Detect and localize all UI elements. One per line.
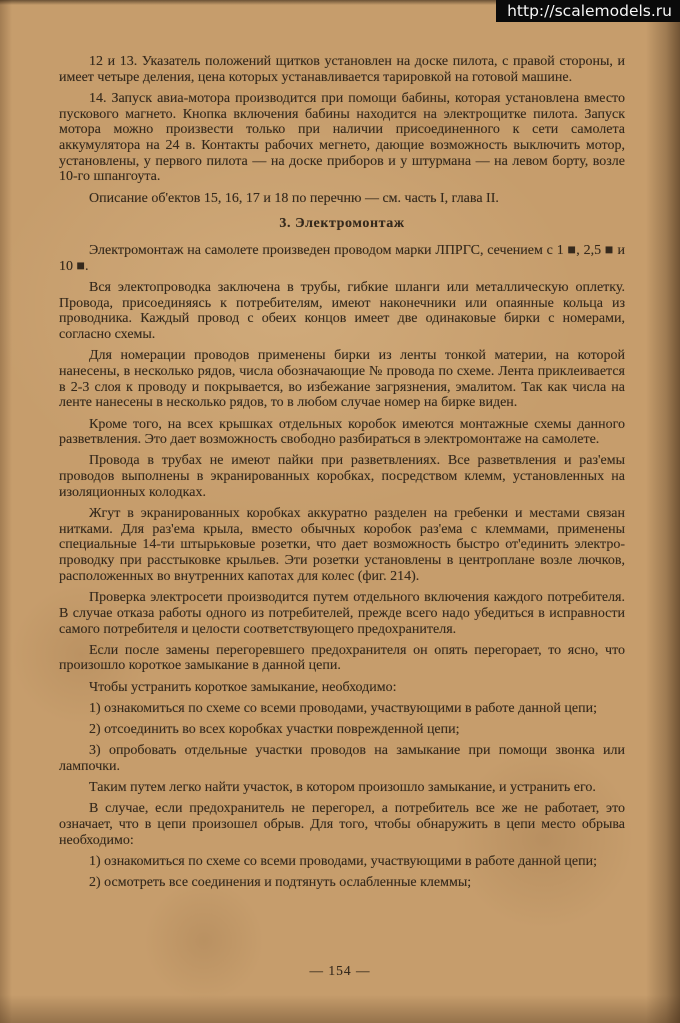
paragraph-12-13: 12 и 13. Указатель положений щитков уста… — [59, 54, 625, 85]
list-item-1: 1) ознакомиться по схеме со всеми провод… — [59, 701, 625, 717]
list-item-1b: 1) ознакомиться по схеме со всеми провод… — [59, 854, 625, 870]
paragraph: Чтобы устранить короткое замыкание, необ… — [59, 680, 625, 696]
paragraph-14: 14. Запуск авиа-мотора производится при … — [59, 91, 625, 185]
list-item-2: 2) отсоединить во всех коробках участки … — [59, 722, 625, 738]
paragraph: Провода в трубах не имеют пайки при разв… — [59, 453, 625, 500]
paragraph: Вся электопроводка заключена в трубы, ги… — [59, 280, 625, 343]
watermark-banner: http://scalemodels.ru — [496, 0, 680, 22]
scanned-page: http://scalemodels.ru 12 и 13. Указатель… — [0, 0, 680, 1023]
watermark-url: http://scalemodels.ru — [507, 2, 672, 20]
list-item-2b: 2) осмотреть все соединения и подтянуть … — [59, 875, 625, 891]
paragraph: Для номерации проводов применены бирки и… — [59, 348, 625, 411]
paragraph: Кроме того, на всех крышках отдельных ко… — [59, 417, 625, 448]
paragraph: Проверка электросети производится путем … — [59, 590, 625, 637]
paragraph-reference: Описание об'ектов 15, 16, 17 и 18 по пер… — [59, 191, 625, 207]
list-item-3: 3) опробовать отдельные участки проводов… — [59, 743, 625, 774]
page-content: 12 и 13. Указатель положений щитков уста… — [59, 54, 625, 896]
page-number: — 154 — — [0, 963, 680, 979]
paragraph: Электромонтаж на самолете произведен про… — [59, 243, 625, 274]
paragraph: Жгут в экранированных коробках аккуратно… — [59, 506, 625, 585]
paragraph: В случае, если предохранитель не перегор… — [59, 801, 625, 848]
paragraph: Если после замены перегоревшего предохра… — [59, 643, 625, 674]
paragraph: Таким путем легко найти участок, в котор… — [59, 780, 625, 796]
section-heading: 3. Электромонтаж — [59, 216, 625, 232]
